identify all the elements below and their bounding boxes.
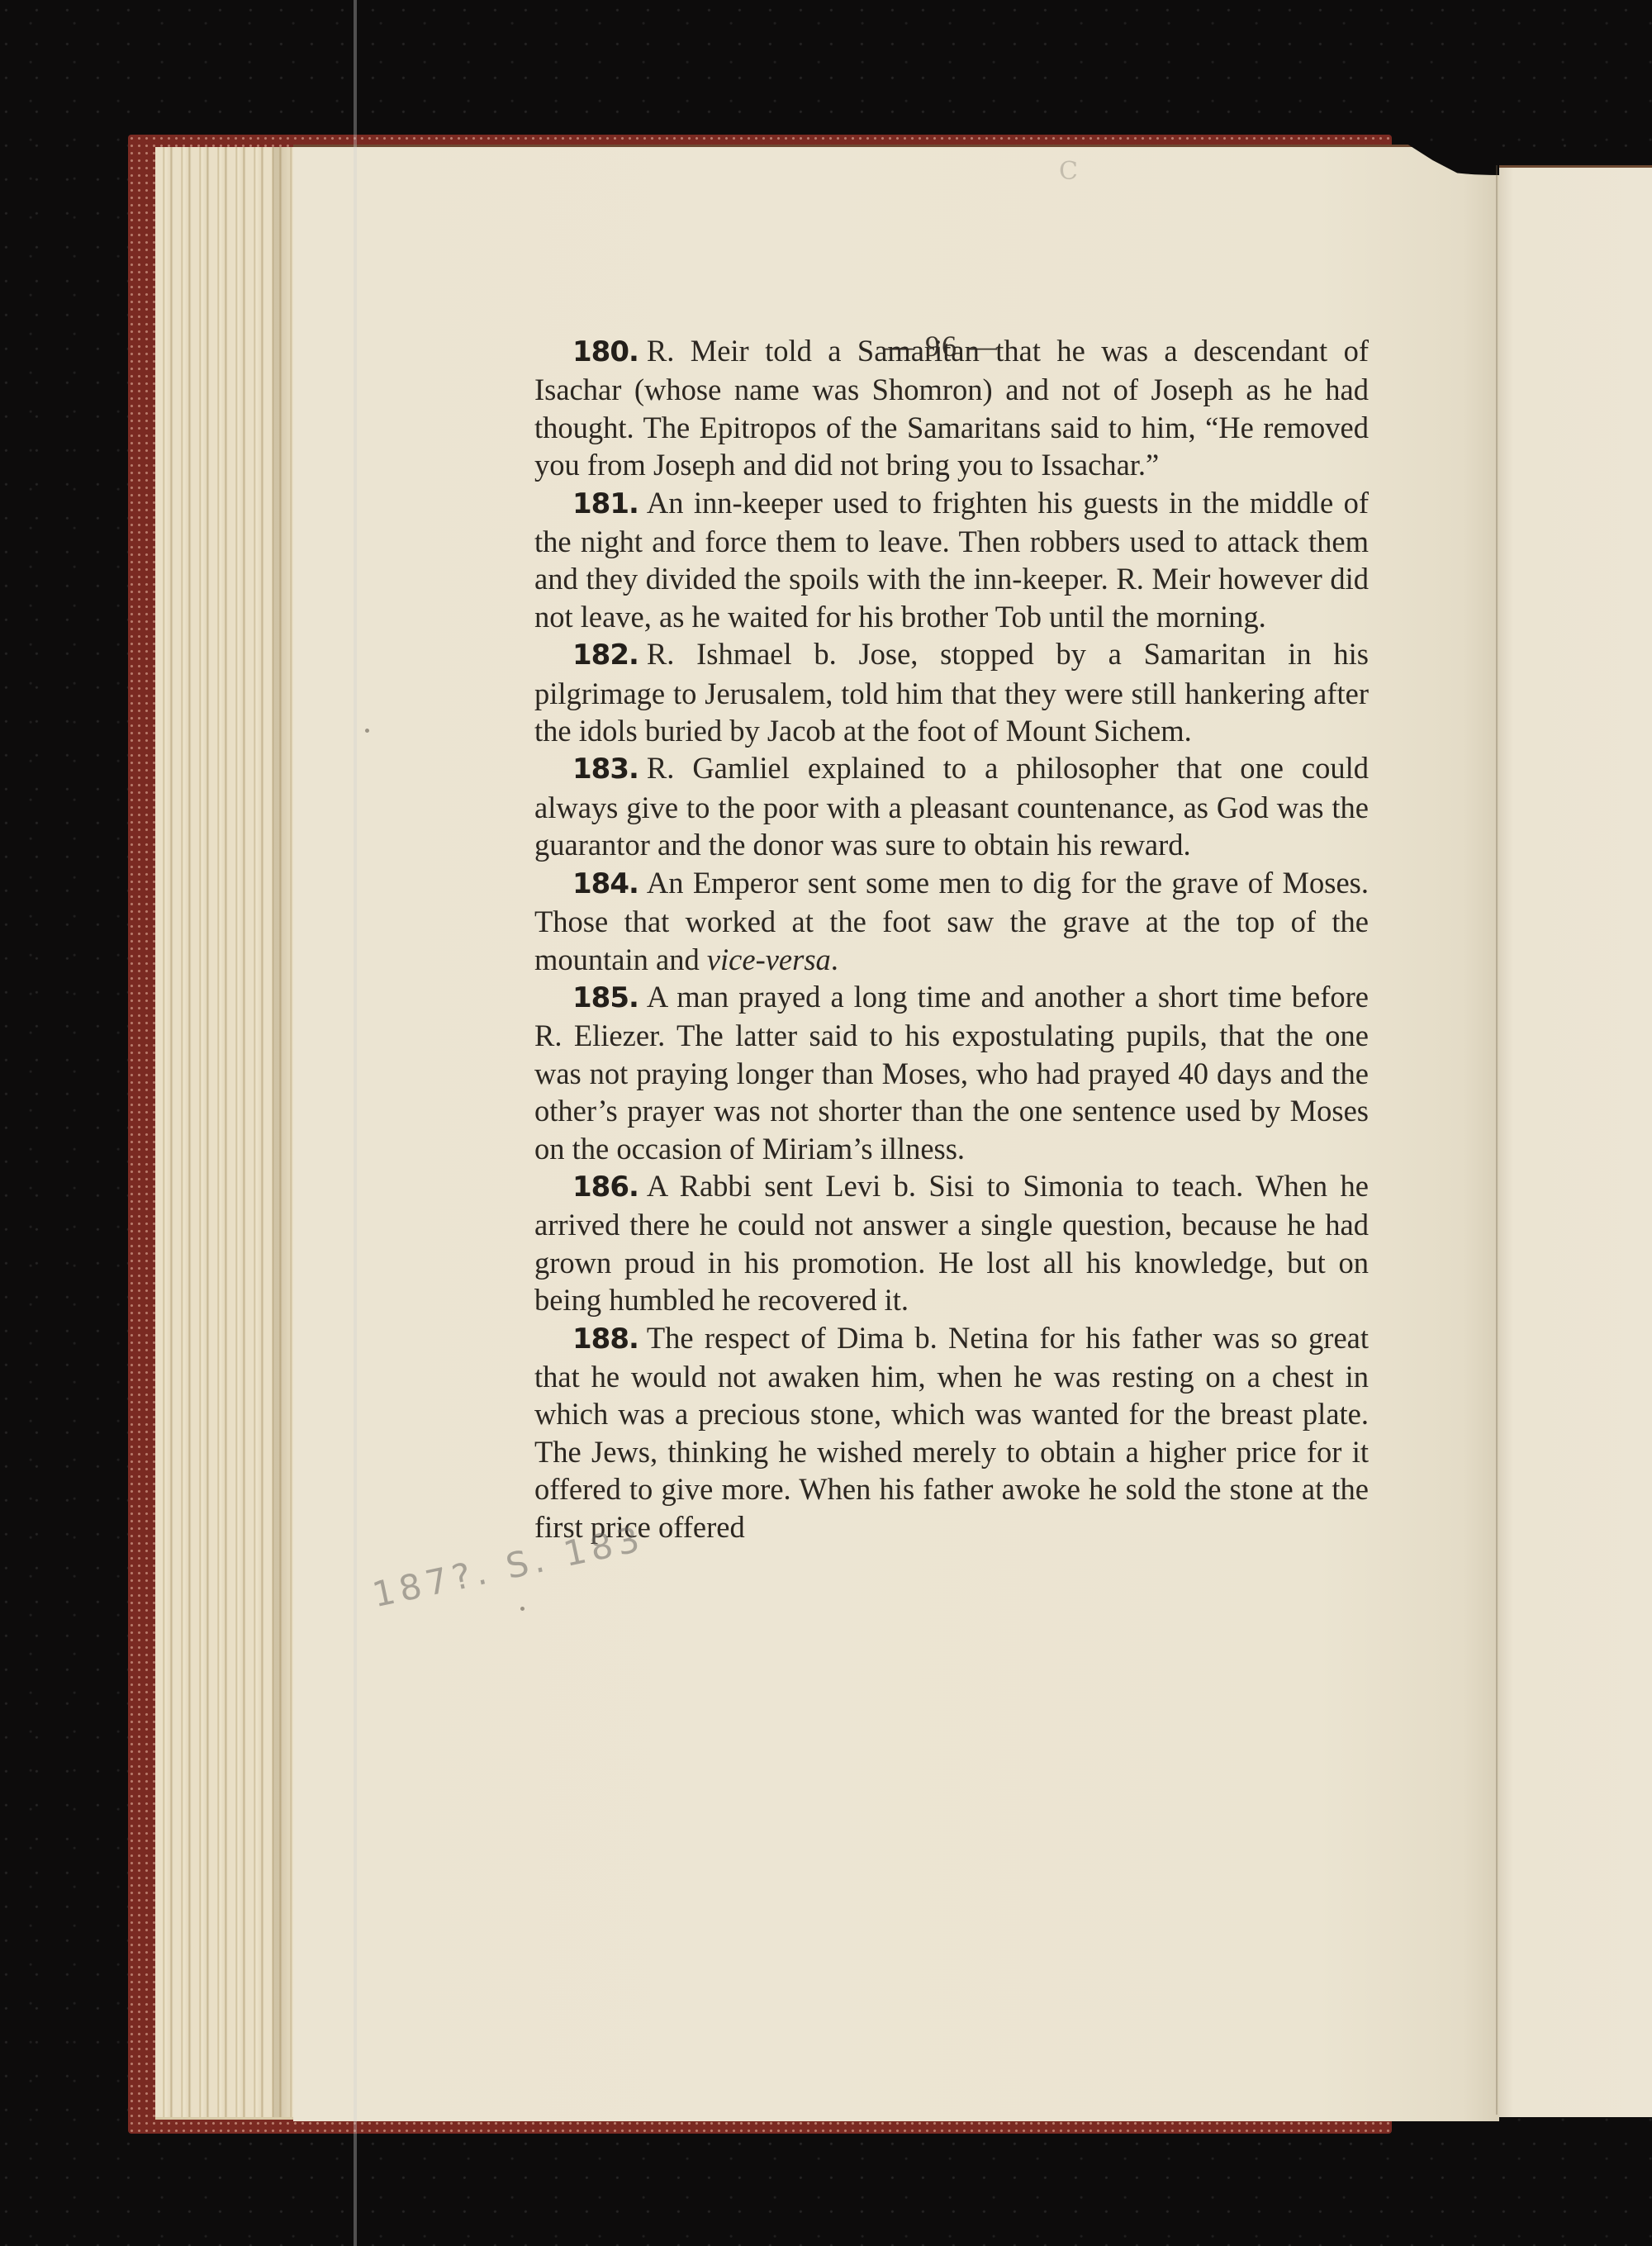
entry-text: A Rabbi sent Levi b. Sisi to Simonia to … [534, 1169, 1369, 1317]
page-body-text: 180.R. Meir told a Samaritan that he was… [534, 332, 1369, 1546]
entry-number: 180. [572, 335, 638, 368]
entry-188: 188.The respect of Dima b. Netina for hi… [534, 1319, 1369, 1546]
entry-186: 186.A Rabbi sent Levi b. Sisi to Simonia… [534, 1167, 1369, 1319]
ink-speck [520, 1607, 525, 1611]
entry-text: R. Ishmael b. Jose, stopped by a Samarit… [534, 637, 1369, 748]
entry-185: 185.A man prayed a long time and another… [534, 978, 1369, 1167]
pencil-mark-top: C [1059, 157, 1078, 186]
entry-text: R. Gamliel explained to a philosopher th… [534, 751, 1369, 862]
scan-holder-strip [354, 0, 357, 2246]
entry-number: 183. [572, 753, 638, 786]
entry-number: 184. [572, 867, 638, 900]
entry-text: An inn-keeper used to frighten his guest… [534, 486, 1369, 634]
entry-text: R. Meir told a Samaritan that he was a d… [534, 334, 1369, 482]
entry-180: 180.R. Meir told a Samaritan that he was… [534, 332, 1369, 484]
page-gutter [1496, 165, 1498, 2115]
entry-number: 182. [572, 639, 638, 672]
entry-text: An Emperor sent some men to dig for the … [534, 866, 1369, 976]
ink-speck [365, 729, 369, 733]
entry-text-italic: vice-versa [707, 943, 831, 976]
entry-number: 181. [572, 487, 638, 520]
entry-text-end: . [831, 943, 838, 976]
entry-number: 185. [572, 981, 638, 1014]
entry-number: 188. [572, 1322, 638, 1356]
entry-number: 186. [572, 1170, 638, 1204]
entry-182: 182.R. Ishmael b. Jose, stopped by a Sam… [534, 635, 1369, 749]
adjacent-page [1497, 165, 1652, 2117]
entry-text: The respect of Dima b. Netina for his fa… [534, 1321, 1369, 1544]
entry-181: 181.An inn-keeper used to frighten his g… [534, 484, 1369, 636]
entry-184: 184.An Emperor sent some men to dig for … [534, 864, 1369, 978]
page-stack-shadow [273, 147, 296, 2117]
entry-183: 183.R. Gamliel explained to a philosophe… [534, 749, 1369, 863]
entry-text: A man prayed a long time and another a s… [534, 980, 1369, 1166]
